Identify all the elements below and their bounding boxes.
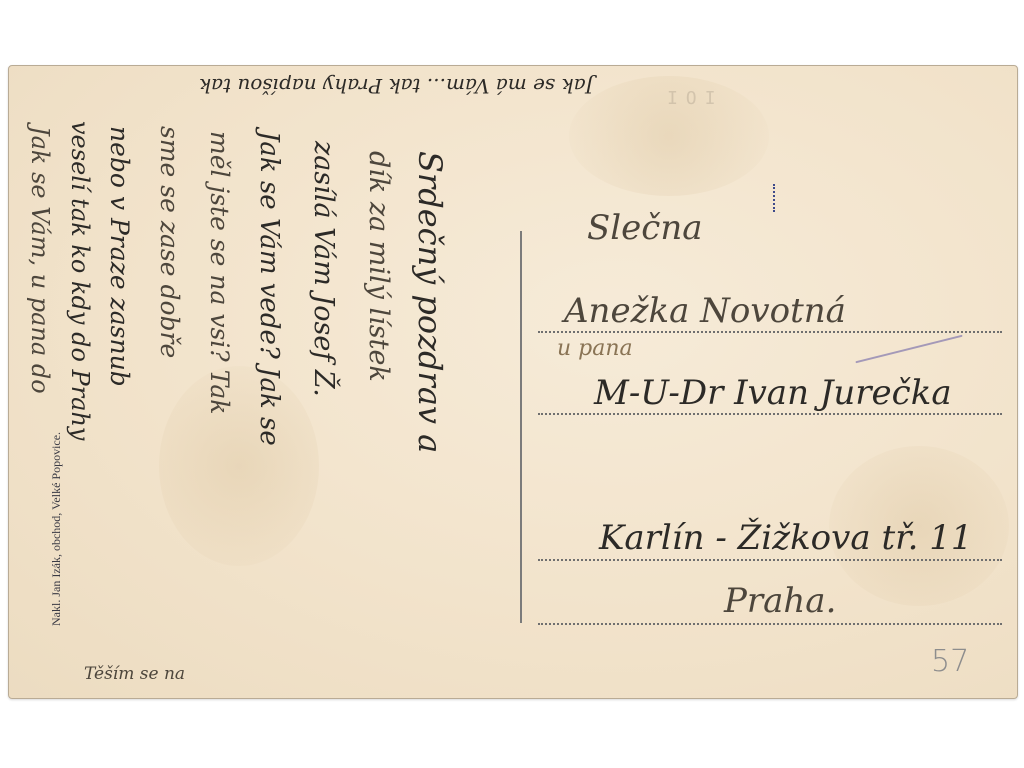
top-margin-note: Jak se má Vám... tak Prahy napíšou tak (199, 74, 594, 98)
postcard: IOI Srdečný pozdrav a dík za milý lístek… (8, 65, 1018, 699)
message-column: Jak se Vám, u pana do (26, 126, 54, 394)
address-line-4 (538, 623, 1002, 625)
address-line-3 (538, 559, 1002, 561)
message-column: Jak se Vám vede? Jak se (254, 131, 284, 446)
bottom-note: Těším se na (84, 664, 185, 684)
address-salutation: Slečna (587, 208, 703, 248)
message-column: dík za milý lístek (363, 151, 394, 382)
message-column: veselí tak ko kdy do Prahy (66, 121, 94, 441)
purple-mark (855, 335, 962, 364)
address-city: Praha. (724, 581, 836, 621)
ink-dots-mark (773, 184, 779, 212)
message-column: Srdečný pozdrav a (411, 151, 449, 453)
message-column: nebo v Praze zasnub (105, 126, 134, 387)
address-care-of-name: M-U-Dr Ivan Jurečka (594, 373, 952, 413)
message-column: zasílá Vám Josef Ž. (308, 141, 339, 397)
vertical-divider (520, 231, 522, 623)
paper-stain (159, 366, 319, 566)
address-line-2 (538, 413, 1002, 415)
show-through-text: IOI (659, 88, 716, 109)
address-recipient-name: Anežka Novotná (564, 291, 846, 331)
pencil-number: 57 (931, 644, 969, 679)
address-line-1 (538, 331, 1002, 333)
publisher-imprint: Nakl. Jan Izák, obchod, Velké Popovice. (49, 432, 64, 626)
message-column: sme se zase dobře (155, 126, 184, 358)
address-care-of: u pana (557, 336, 633, 361)
message-column: měl jste se na vsi? Tak (205, 131, 234, 414)
address-street: Karlín - Žižkova tř. 11 (599, 518, 973, 558)
